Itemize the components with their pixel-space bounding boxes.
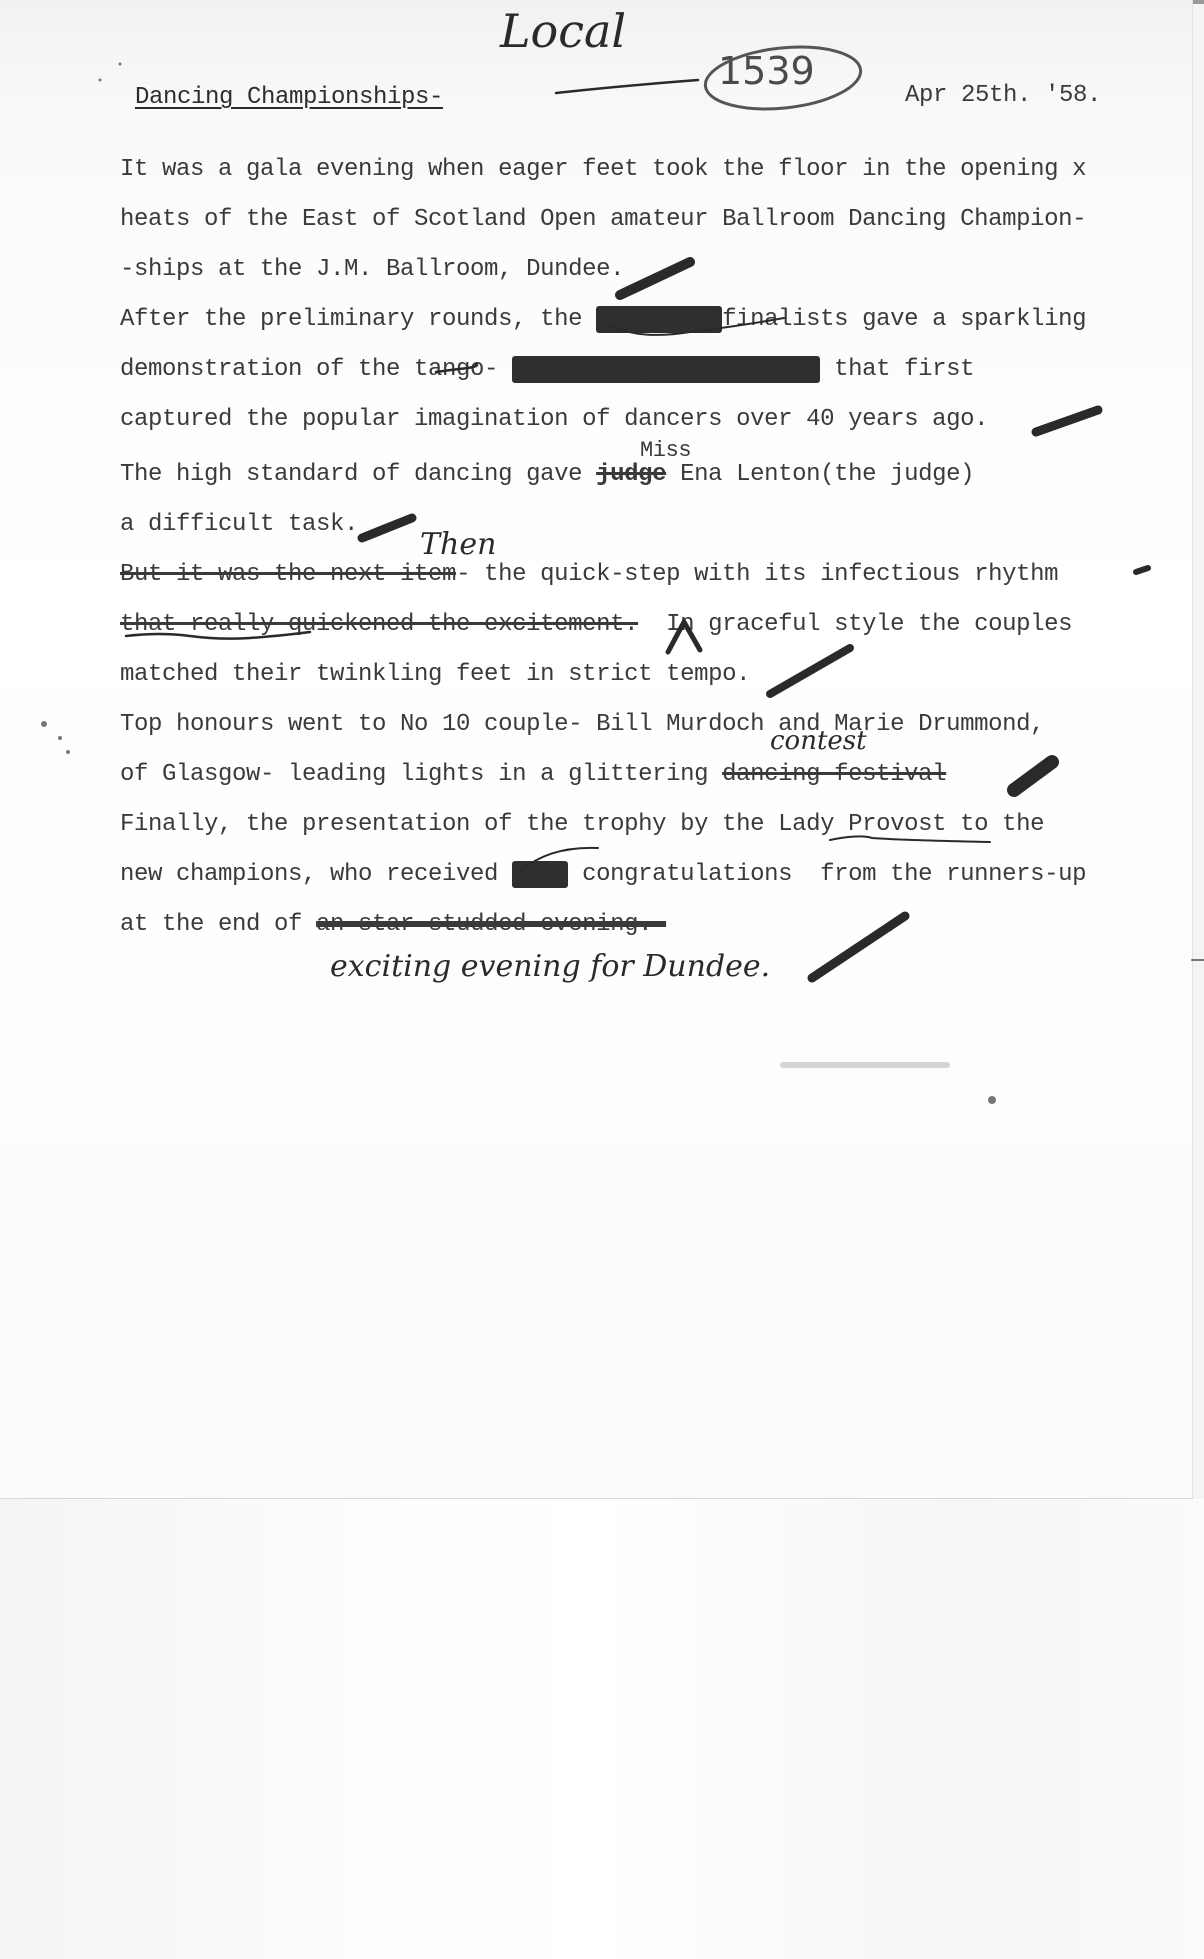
handwritten-local-label: Local bbox=[500, 8, 626, 54]
body-line-9: But it was the next item- the quick-step… bbox=[120, 563, 1058, 587]
insertion-miss: Miss bbox=[640, 440, 691, 462]
body-line-2: heats of the East of Scotland Open amate… bbox=[120, 208, 1086, 232]
body-line-8: a difficult task. bbox=[120, 513, 358, 537]
struck-word: finalists bbox=[596, 306, 722, 333]
body-line-13: of Glasgow- leading lights in a glitteri… bbox=[120, 763, 946, 787]
body-line-5: demonstration of the tango- with its gra… bbox=[120, 358, 974, 382]
struck-word: warm bbox=[512, 861, 568, 888]
body-line-1: It was a gala evening when eager feet to… bbox=[120, 158, 1086, 182]
body-line-14: Finally, the presentation of the trophy … bbox=[120, 813, 1044, 837]
body-line-4: After the preliminary rounds, the finali… bbox=[120, 308, 1086, 332]
body-line-6: captured the popular imagination of danc… bbox=[120, 408, 988, 432]
struck-phrase: dancing festival bbox=[722, 761, 946, 788]
body-line-16: at the end of an star-studded evening. bbox=[120, 913, 666, 937]
struck-phrase: with its graceful lilt bbox=[512, 356, 820, 383]
insertion-contest: contest bbox=[770, 728, 867, 754]
reference-number: 1539 bbox=[718, 52, 815, 90]
document-title: Dancing Championships- bbox=[135, 86, 443, 110]
body-line-3: -ships at the J.M. Ballroom, Dundee. bbox=[120, 258, 624, 282]
body-line-10: that really quickened the excitement. In… bbox=[120, 613, 1072, 637]
struck-word: judge bbox=[596, 461, 666, 488]
body-line-15: new champions, who received warm congrat… bbox=[120, 863, 1086, 887]
scan-background bbox=[0, 1499, 1204, 1959]
body-line-7: The high standard of dancing gave judge … bbox=[120, 463, 974, 487]
handwritten-closing: exciting evening for Dundee. bbox=[330, 952, 770, 982]
document-date: Apr 25th. '58. bbox=[905, 84, 1101, 108]
struck-phrase: an star-studded evening. bbox=[316, 911, 666, 938]
insertion-then: Then bbox=[420, 530, 496, 560]
struck-phrase: But it was the next item bbox=[120, 561, 456, 588]
struck-phrase: that really quickened the excitement. bbox=[120, 611, 638, 638]
body-line-11: matched their twinkling feet in strict t… bbox=[120, 663, 750, 687]
body-line-12: Top honours went to No 10 couple- Bill M… bbox=[120, 713, 1044, 737]
